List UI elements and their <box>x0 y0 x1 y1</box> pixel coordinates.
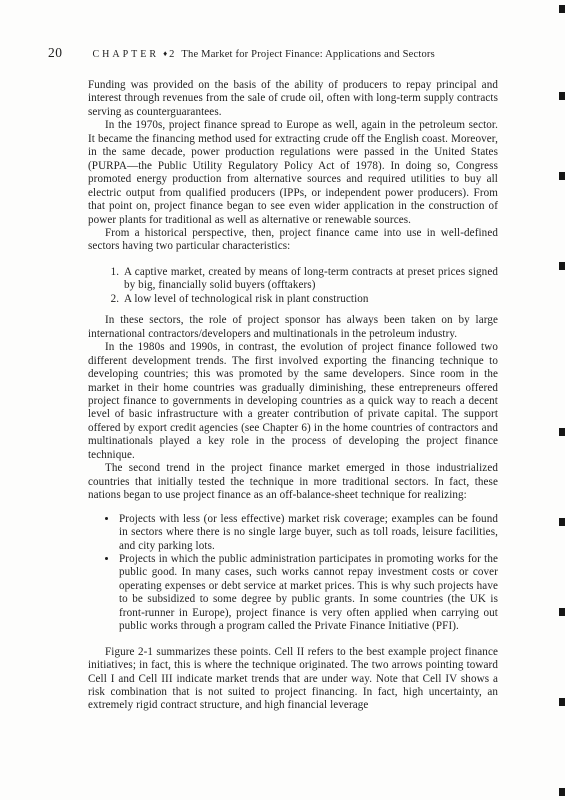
bullet-list-item: Projects in which the public administrat… <box>118 553 498 634</box>
bullet-list-item: Projects with less (or less effective) m… <box>118 513 498 553</box>
paragraph-historical: From a historical perspective, then, pro… <box>88 227 498 254</box>
chapter-title: The Market for Project Finance: Applicat… <box>181 49 435 60</box>
paragraph-1970s: In the 1970s, project finance spread to … <box>88 119 498 227</box>
scan-artifact <box>559 788 565 796</box>
paragraph-figure: Figure 2-1 summarizes these points. Cell… <box>88 646 498 713</box>
numbered-list-item: A low level of technological risk in pla… <box>122 293 498 306</box>
paragraph-sponsors: In these sectors, the role of project sp… <box>88 314 498 341</box>
paragraph-1980s: In the 1980s and 1990s, in contrast, the… <box>88 341 498 462</box>
scan-artifact <box>559 92 565 100</box>
scan-artifact <box>559 518 565 526</box>
scan-artifact <box>559 428 565 436</box>
bullet-list: Projects with less (or less effective) m… <box>88 513 498 634</box>
scan-artifact <box>559 608 565 616</box>
scan-artifact <box>559 262 565 270</box>
scan-artifact <box>559 172 565 180</box>
numbered-list: A captive market, created by means of lo… <box>88 266 498 306</box>
chapter-label: CHAPTER <box>93 49 160 60</box>
diamond-icon: ♦ <box>163 49 167 58</box>
paragraph-second-trend: The second trend in the project finance … <box>88 462 498 502</box>
scan-artifact <box>559 698 565 706</box>
body-text: Funding was provided on the basis of the… <box>88 79 498 713</box>
numbered-list-item: A captive market, created by means of lo… <box>122 266 498 293</box>
book-page: 20CHAPTER♦2The Market for Project Financ… <box>0 0 565 800</box>
page-number: 20 <box>48 45 63 60</box>
chapter-number: 2 <box>169 49 174 60</box>
scan-artifact <box>559 5 565 13</box>
page-header: 20CHAPTER♦2The Market for Project Financ… <box>48 44 525 62</box>
paragraph-funding: Funding was provided on the basis of the… <box>88 79 498 119</box>
